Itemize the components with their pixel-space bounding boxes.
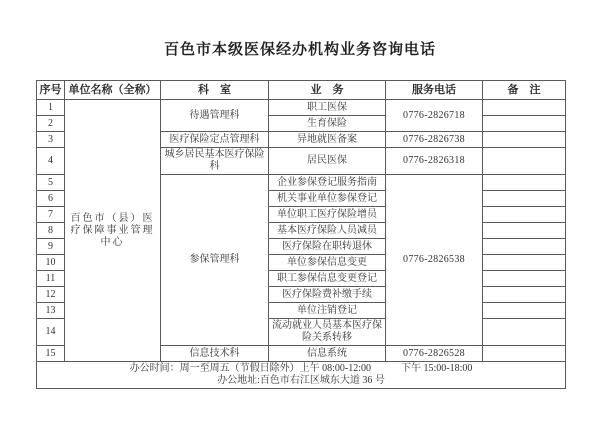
phone-cell: 0776-2826538 [386, 175, 483, 346]
dept-cell: 待遇管理科 [161, 100, 269, 132]
business-cell: 基本医疗保险人员减员 [269, 223, 386, 239]
business-cell: 居民医保 [269, 148, 386, 175]
note-cell [483, 207, 566, 223]
office-address-text: 办公地址:百色市右江区城东大道 36 号 [39, 375, 563, 387]
note-cell [483, 255, 566, 271]
note-cell [483, 116, 566, 132]
note-cell [483, 287, 566, 303]
header-unit: 单位名称（全称） [65, 81, 161, 100]
page-title: 百色市本级医保经办机构业务咨询电话 [0, 38, 600, 59]
note-cell [483, 100, 566, 116]
seq-cell: 5 [37, 175, 65, 191]
office-hours-text: 办公时间：周一至周五（节假日除外）上午 08:00-12:00 下午 15:00… [39, 363, 563, 375]
seq-cell: 1 [37, 100, 65, 116]
business-cell: 医疗保险在职转退休 [269, 239, 386, 255]
seq-cell: 2 [37, 116, 65, 132]
header-business: 业 务 [269, 81, 386, 100]
seq-cell: 13 [37, 303, 65, 319]
header-row: 序号 单位名称（全称） 科 室 业 务 服务电话 备 注 [37, 81, 566, 100]
consultation-phone-table: 序号 单位名称（全称） 科 室 业 务 服务电话 备 注 1 百色市（县）医疗保… [36, 80, 566, 389]
business-cell: 单位注销登记 [269, 303, 386, 319]
dept-cell: 参保管理科 [161, 175, 269, 346]
header-seq: 序号 [37, 81, 65, 100]
note-cell [483, 175, 566, 191]
business-cell: 信息系统 [269, 346, 386, 362]
footer-row: 办公时间：周一至周五（节假日除外）上午 08:00-12:00 下午 15:00… [37, 362, 566, 389]
phone-cell: 0776-2826528 [386, 346, 483, 362]
note-cell [483, 303, 566, 319]
table-row: 1 百色市（县）医疗保障事业管理中心 待遇管理科 职工医保 0776-28267… [37, 100, 566, 116]
business-cell: 职工医保 [269, 100, 386, 116]
business-cell: 单位参保信息变更 [269, 255, 386, 271]
seq-cell: 12 [37, 287, 65, 303]
note-cell [483, 346, 566, 362]
note-cell [483, 148, 566, 175]
dept-cell: 信息技术科 [161, 346, 269, 362]
business-cell: 生育保险 [269, 116, 386, 132]
business-cell: 医疗保险费补缴手续 [269, 287, 386, 303]
seq-cell: 4 [37, 148, 65, 175]
header-dept: 科 室 [161, 81, 269, 100]
unit-name-cell: 百色市（县）医疗保障事业管理中心 [65, 100, 161, 362]
seq-cell: 6 [37, 191, 65, 207]
business-cell: 企业参保登记服务指南 [269, 175, 386, 191]
seq-cell: 14 [37, 319, 65, 346]
note-cell [483, 223, 566, 239]
document-page: 百色市本级医保经办机构业务咨询电话 序号 单位名称（全称） 科 室 业 务 服务… [0, 0, 600, 424]
note-cell [483, 319, 566, 346]
business-cell: 单位职工医疗保险增员 [269, 207, 386, 223]
note-cell [483, 191, 566, 207]
note-cell [483, 132, 566, 148]
seq-cell: 9 [37, 239, 65, 255]
business-cell: 机关事业单位参保登记 [269, 191, 386, 207]
seq-cell: 10 [37, 255, 65, 271]
business-cell: 职工参保信息变更登记 [269, 271, 386, 287]
header-phone: 服务电话 [386, 81, 483, 100]
note-cell [483, 271, 566, 287]
dept-cell: 城乡居民基本医疗保险科 [161, 148, 269, 175]
seq-cell: 15 [37, 346, 65, 362]
business-cell: 异地就医备案 [269, 132, 386, 148]
business-cell: 流动就业人员基本医疗保险关系转移 [269, 319, 386, 346]
header-note: 备 注 [483, 81, 566, 100]
phone-cell: 0776-2826718 [386, 100, 483, 132]
note-cell [483, 239, 566, 255]
phone-cell: 0776-2826318 [386, 148, 483, 175]
seq-cell: 11 [37, 271, 65, 287]
office-info-cell: 办公时间：周一至周五（节假日除外）上午 08:00-12:00 下午 15:00… [37, 362, 566, 389]
seq-cell: 8 [37, 223, 65, 239]
dept-cell: 医疗保险定点管理科 [161, 132, 269, 148]
phone-cell: 0776-2826738 [386, 132, 483, 148]
seq-cell: 3 [37, 132, 65, 148]
seq-cell: 7 [37, 207, 65, 223]
